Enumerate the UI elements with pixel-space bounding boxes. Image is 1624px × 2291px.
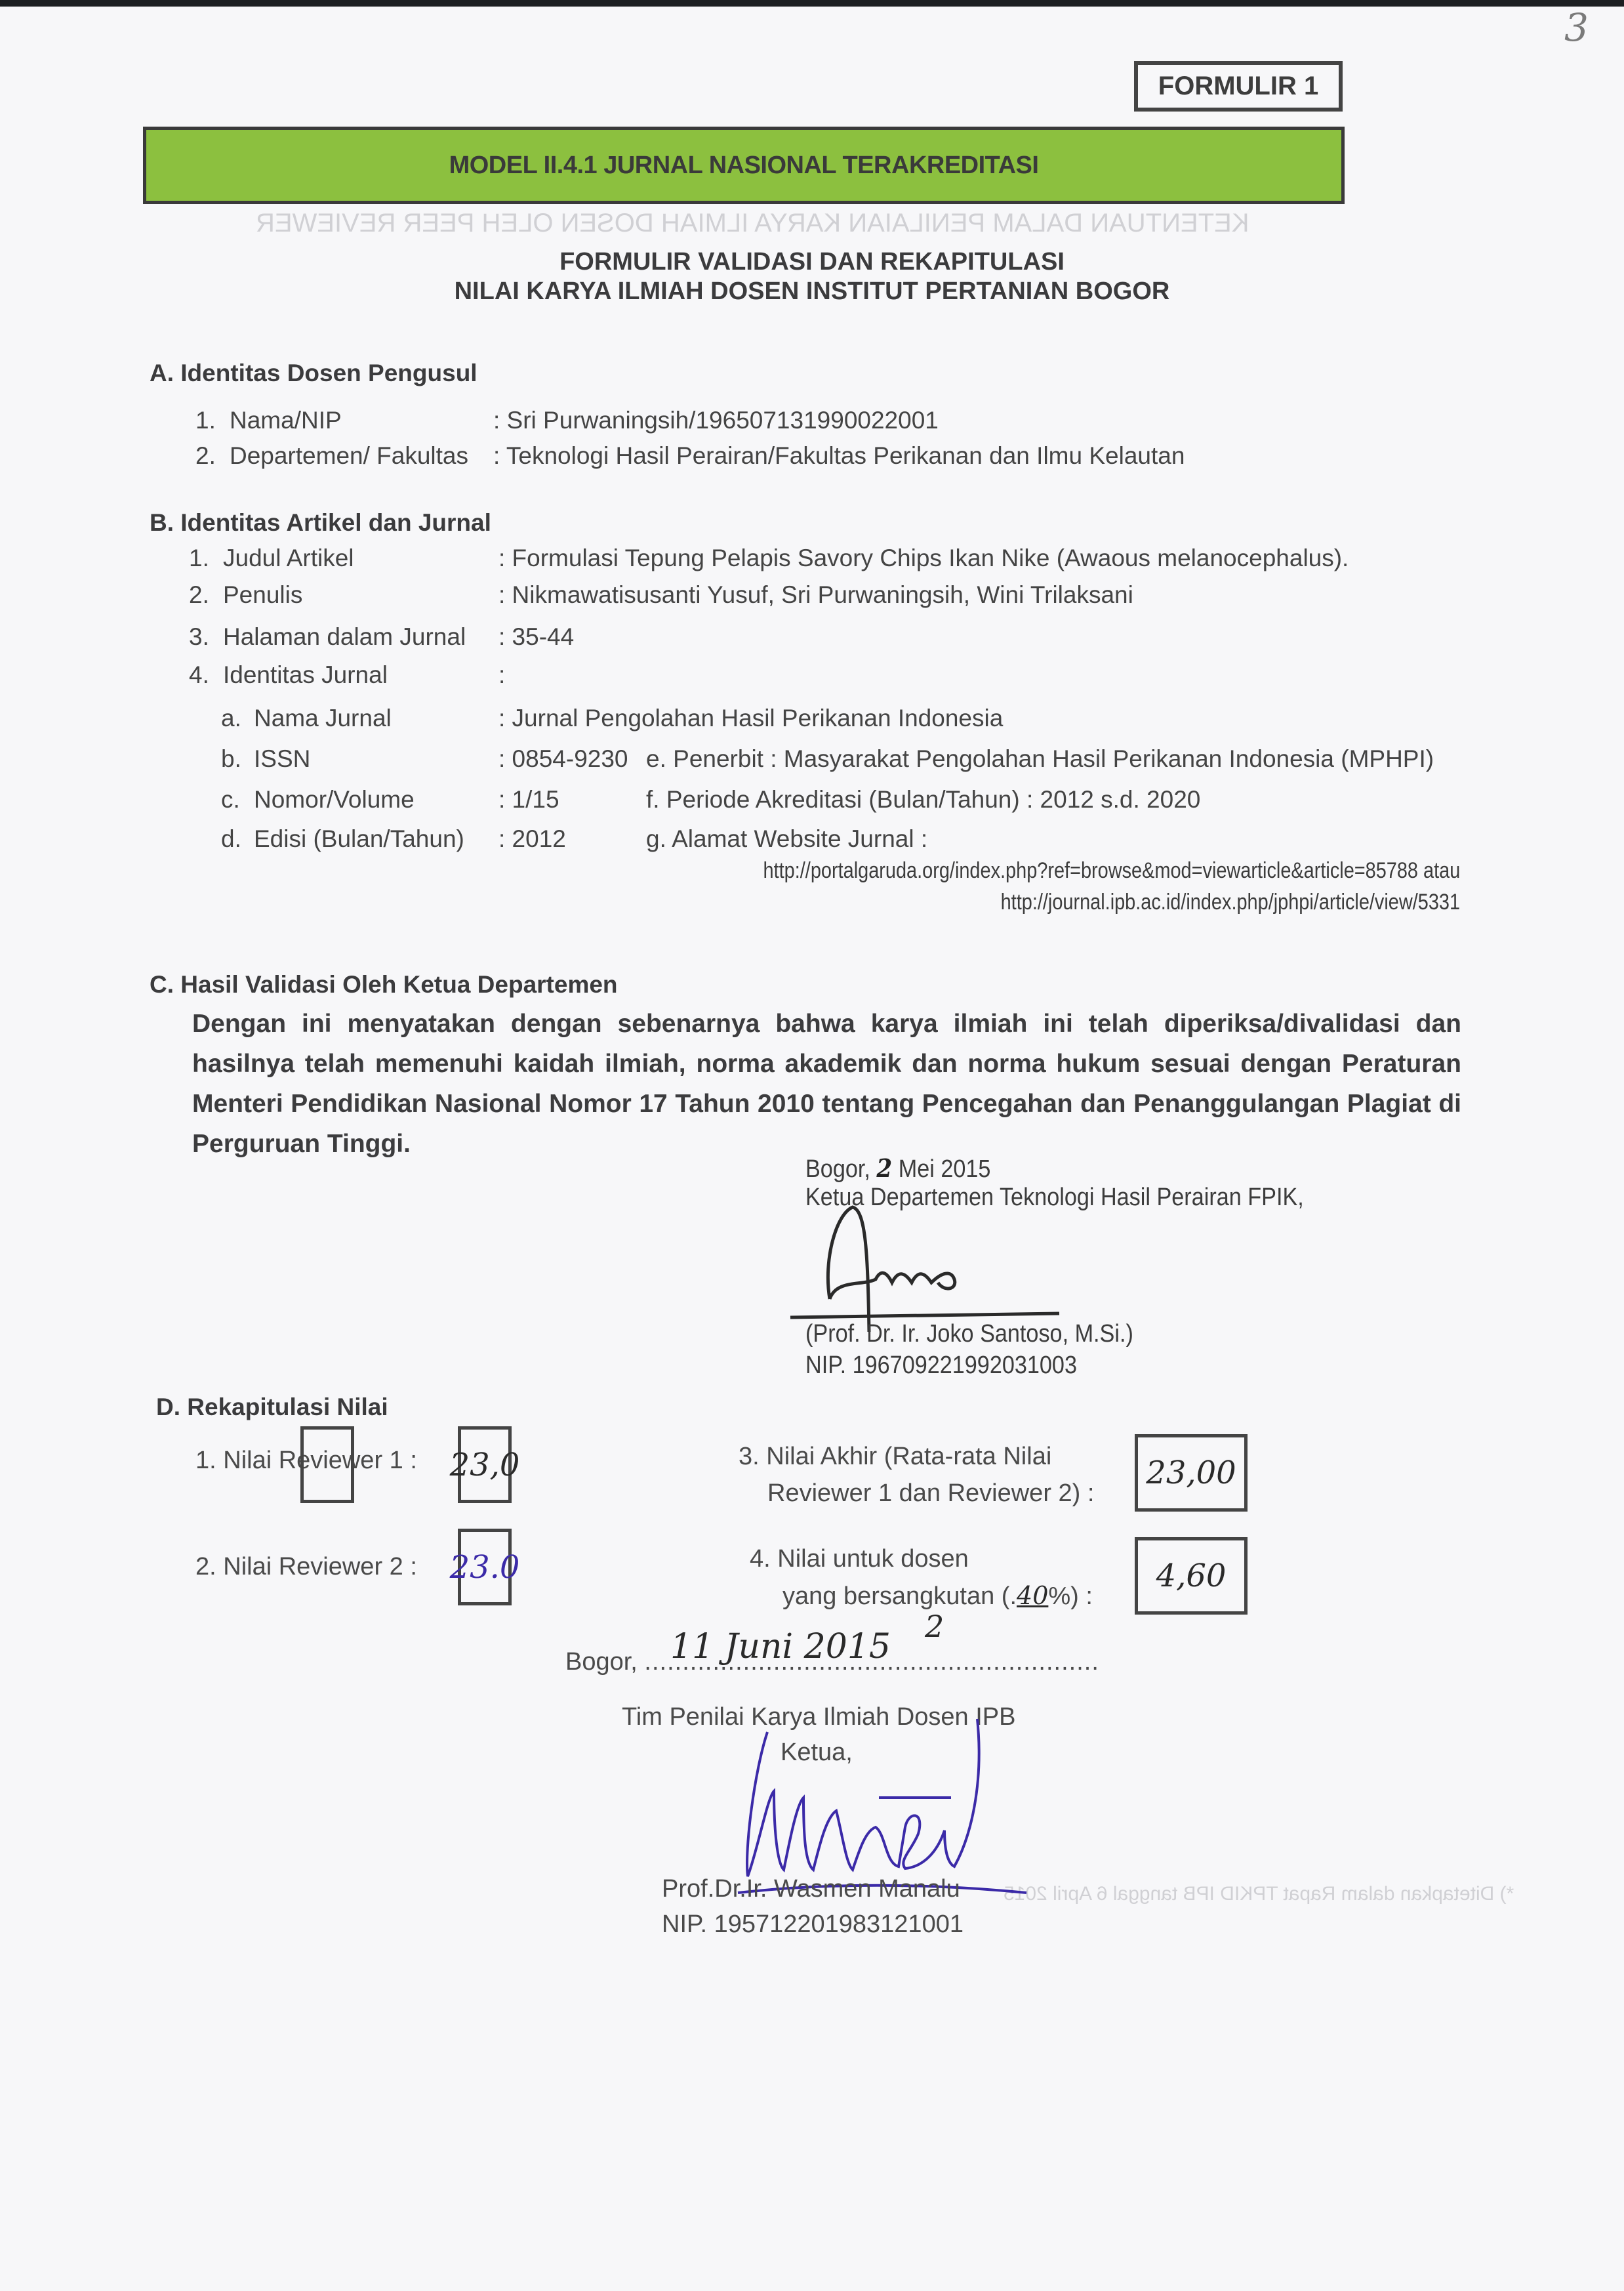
lecturer-percent-numerator: 40 (1017, 1581, 1048, 1610)
website-link-garuda[interactable]: http://portalgaruda.org/index.php?ref=br… (763, 858, 1460, 884)
doc-title-line2: NILAI KARYA ILMIAH DOSEN INSTITUT PERTAN… (0, 278, 1624, 306)
model-title-bar: MODEL II.4.1 JURNAL NASIONAL TERAKREDITA… (143, 127, 1345, 204)
section-a-item-name: 1.Nama/NIP: Sri Purwaningsih/19650713199… (195, 407, 939, 434)
section-a-item-department: 2.Departemen/ Fakultas: Teknologi Hasil … (195, 442, 1185, 470)
reviewer2-label: 2. Nilai Reviewer 2 : (195, 1548, 417, 1585)
lecturer-score-label: 4. Nilai untuk dosen yang bersangkutan (… (750, 1540, 1093, 1615)
validation-place-date: Bogor, 2 Mei 2015 (805, 1153, 990, 1184)
model-title: MODEL II.4.1 JURNAL NASIONAL TERAKREDITA… (449, 152, 1039, 180)
lecturer-percent-denominator: 2 (925, 1609, 944, 1644)
section-b-item-authors: 2.Penulis: Nikmawatisusanti Yusuf, Sri P… (189, 581, 1133, 609)
section-a-heading: A. Identitas Dosen Pengusul (150, 360, 477, 387)
section-d-heading: D. Rekapitulasi Nilai (156, 1393, 388, 1421)
final-score: 23,00 (1146, 1455, 1236, 1491)
journal-edition-row: d.Edisi (Bulan/Tahun): 2012g. Alamat Web… (221, 825, 927, 853)
form-label-box: FORMULIR 1 (1134, 61, 1343, 112)
reviewer1-score-box: 23,0 (458, 1426, 512, 1503)
journal-name-row: a.Nama Jurnal: Jurnal Pengolahan Hasil P… (221, 705, 1003, 732)
final-score-label: 3. Nilai Akhir (Rata-rata Nilai Reviewer… (739, 1438, 1094, 1512)
section-b-heading: B. Identitas Artikel dan Jurnal (150, 509, 491, 537)
reviewer2-score-box: 23.0 (458, 1529, 512, 1605)
doc-title-line1: FORMULIR VALIDASI DAN REKAPITULASI (0, 248, 1624, 276)
validation-signer-nip: NIP. 196709221992031003 (805, 1352, 1077, 1380)
section-b-item-journal-identity: 4.Identitas Jurnal: (189, 661, 505, 689)
page-number: 3 (1564, 5, 1589, 50)
lecturer-score: 4,60 (1156, 1558, 1227, 1594)
form-label: FORMULIR 1 (1158, 72, 1318, 101)
validation-signer-name: (Prof. Dr. Ir. Joko Santoso, M.Si.) (805, 1320, 1133, 1348)
bleed-through-footnote: *) Ditetapkan dalam Rapat TPKID IPB tang… (1004, 1883, 1514, 1905)
website-link-ipb[interactable]: http://journal.ipb.ac.id/index.php/jphpi… (1001, 890, 1460, 915)
section-b-item-title: 1.Judul Artikel: Formulasi Tepung Pelapi… (189, 545, 1349, 572)
bleed-through-text: KETENTUAN DALAM PENILAIAN KARYA ILMIAH D… (256, 209, 1249, 238)
section-c-heading: C. Hasil Validasi Oleh Ketua Departemen (150, 971, 618, 999)
scan-edge (0, 0, 1624, 7)
signature-dept-head (790, 1201, 1066, 1332)
reviewer2-score: 23.0 (450, 1549, 520, 1586)
reviewer1-score: 23,0 (450, 1447, 520, 1483)
reviewer1-box-placeholder (300, 1426, 354, 1503)
lecturer-score-box: 4,60 (1135, 1537, 1248, 1615)
journal-issn-row: b.ISSN: 0854-9230e. Penerbit : Masyaraka… (221, 745, 1434, 773)
final-score-box: 23,00 (1135, 1434, 1248, 1512)
team-chair-nip: NIP. 195712201983121001 (662, 1910, 964, 1939)
validation-statement: Dengan ini menyatakan dengan sebenarnya … (192, 1004, 1461, 1164)
team-chair-name: Prof.Dr.Ir. Wasmen Manalu (662, 1875, 960, 1903)
section-b-item-pages: 3.Halaman dalam Jurnal: 35-44 (189, 623, 574, 651)
journal-volume-row: c.Nomor/Volume: 1/15f. Periode Akreditas… (221, 786, 1200, 814)
closing-date-handwritten: 11 Juni 2015 (670, 1627, 891, 1666)
